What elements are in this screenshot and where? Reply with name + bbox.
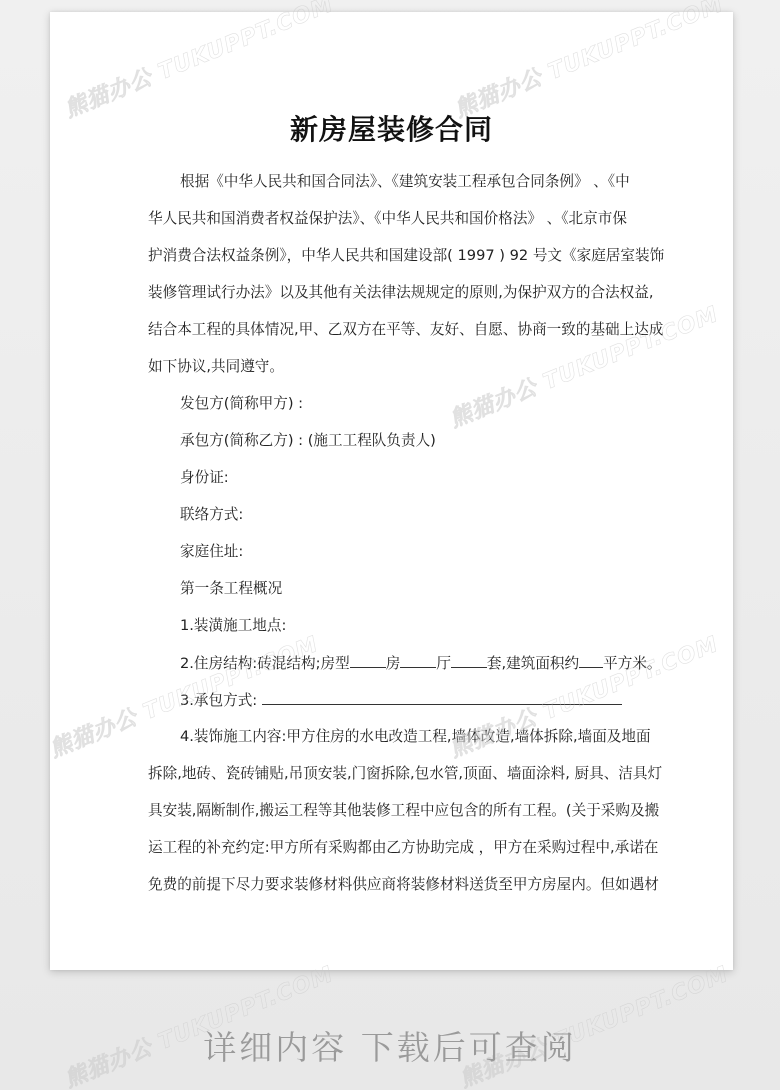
item-2-halls: 厅 <box>436 655 451 672</box>
item-4-line-2: 拆除,地砖、瓷砖铺贴,吊顶安装,门窗拆除,包水管,顶面、墙面涂料, 厨具、洁具灯 <box>148 764 662 784</box>
item-4-line-4: 运工程的补充约定:甲方所有采购都由乙方协助完成 ，甲方在采购过程中,承诺在 <box>148 838 658 858</box>
section-1-heading: 第一条工程概况 <box>180 579 282 599</box>
sets-blank <box>451 653 487 668</box>
item-4-line-1: 4.装饰施工内容:甲方住房的水电改造工程,墙体改造,墙体拆除,墙面及地面 <box>180 727 651 747</box>
party-b-field: 承包方(简称乙方) : (施工工程队负责人) <box>180 431 436 451</box>
intro-line-4: 装修管理试行办法》以及其他有关法律法规规定的原则,为保护双方的合法权益, <box>148 283 653 303</box>
item-2-prefix: 2.住房结构:砖混结构;房型 <box>180 655 350 672</box>
item-4-line-5: 免费的前提下尽力要求装修材料供应商将装修材料送货至甲方房屋内。但如遇材 <box>148 875 659 895</box>
contract-method-blank <box>262 690 622 705</box>
intro-line-1: 根据《中华人民共和国合同法》、《建筑安装工程承包合同条例》 、《中 <box>180 172 630 192</box>
section-1-item-3: 3.承包方式: <box>180 690 622 711</box>
intro-line-3: 护消费合法权益条例》，中华人民共和国建设部( 1997 ) 92 号文《家庭居室… <box>148 246 664 266</box>
contact-field: 联络方式: <box>180 505 243 525</box>
document-title: 新房屋装修合同 <box>50 108 733 148</box>
intro-line-5: 结合本工程的具体情况,甲、乙双方在平等、友好、自愿、协商一致的基础上达成 <box>148 320 663 340</box>
halls-blank <box>400 653 436 668</box>
item-3-label: 3.承包方式: <box>180 692 257 709</box>
intro-line-6: 如下协议,共同遵守。 <box>148 357 284 377</box>
rooms-blank <box>350 653 386 668</box>
address-field: 家庭住址: <box>180 542 243 562</box>
id-card-field: 身份证: <box>180 468 229 488</box>
intro-line-2: 华人民共和国消费者权益保护法》、《中华人民共和国价格法》 、《北京市保 <box>148 209 627 229</box>
download-prompt: 详细内容 下载后可查阅 <box>0 1022 780 1069</box>
item-2-suffix: 平方米。 <box>603 655 661 672</box>
section-1-item-2: 2.住房结构:砖混结构;房型房厅套,建筑面积约平方米。 <box>180 653 662 674</box>
item-4-line-3: 具安装,隔断制作,搬运工程等其他装修工程中应包含的所有工程。(关于采购及搬 <box>148 801 659 821</box>
party-a-field: 发包方(简称甲方) : <box>180 394 303 414</box>
item-2-rooms: 房 <box>386 655 401 672</box>
document-page: 新房屋装修合同 根据《中华人民共和国合同法》、《建筑安装工程承包合同条例》 、《… <box>50 12 733 970</box>
area-blank <box>579 653 603 668</box>
item-2-sets: 套,建筑面积约 <box>487 655 579 672</box>
section-1-item-1: 1.装潢施工地点: <box>180 616 286 636</box>
